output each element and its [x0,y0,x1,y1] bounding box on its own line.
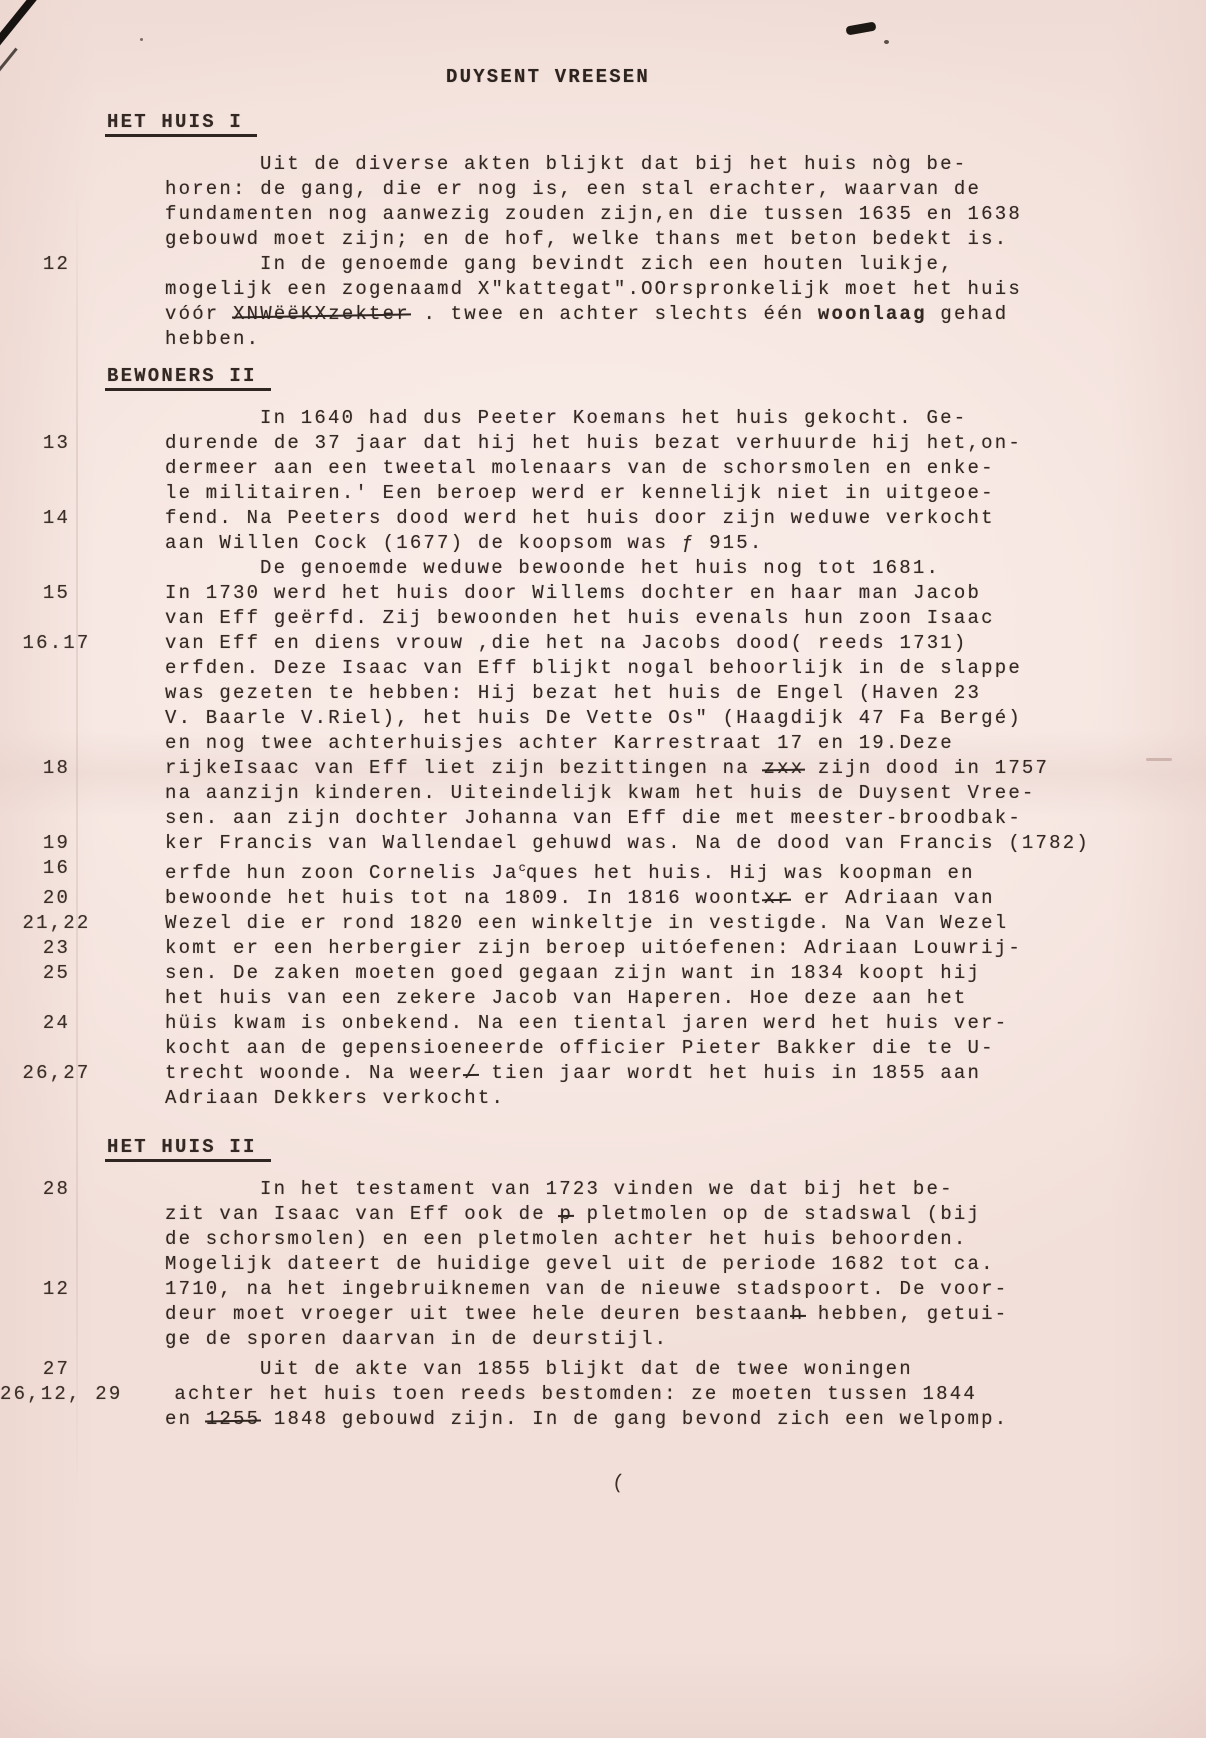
text-line-row: In 1640 had dus Peeter Koemans het huis … [0,406,1206,431]
text-line-row: 23komt er een herbergier zijn beroep uit… [0,936,1206,961]
text-line-row: 20bewoonde het huis tot na 1809. In 1816… [0,886,1206,911]
margin-number: 27 [0,1357,165,1382]
text-segment-bold: woonlaag [818,303,927,325]
margin-number: 24 [0,1011,165,1036]
text-line: kocht aan de gepensioeneerde officier Pi… [165,1036,995,1061]
text-segment: was gezeten te hebben: Hij bezat het hui… [165,682,981,704]
text-line-row: horen: de gang, die er nog is, een stal … [0,177,1206,202]
text-line-row: 27Uit de akte van 1855 blijkt dat de twe… [0,1357,1206,1382]
text-segment: Mogelijk dateert de huidige gevel uit de… [165,1253,995,1275]
text-line-row: was gezeten te hebben: Hij bezat het hui… [0,681,1206,706]
text-line: De genoemde weduwe bewoonde het huis nog… [165,556,940,581]
section-heading-row: HET HUIS II [0,1135,1206,1177]
text-line: achter het huis toen reeds bestomden: ze… [174,1382,977,1407]
text-segment-strike: 1255 [206,1408,260,1430]
text-line-row: 26,27trecht woonde. Na weer/ tien jaar w… [0,1061,1206,1086]
text-line-row: 16.17van Eff en diens vrouw ,die het na … [0,631,1206,656]
text-line: komt er een herbergier zijn beroep uitóe… [165,936,1022,961]
text-line: durende de 37 jaar dat hij het huis beza… [165,431,1022,456]
margin-number: 16.17 [0,631,165,656]
text-segment: het huis van een zekere Jacob van Hapere… [165,987,968,1009]
text-line: sen. aan zijn dochter Johanna van Eff di… [165,806,1022,831]
text-line-row: aan Willen Cock (1677) de koopsom was ƒ … [0,531,1206,556]
text-segment: dermeer aan een tweetal molenaars van de… [165,457,995,479]
text-line: aan Willen Cock (1677) de koopsom was ƒ … [165,531,763,556]
margin-number: 26,27 [0,1061,165,1086]
text-segment: fundamenten nog aanwezig zouden zijn,en … [165,203,1022,225]
section-heading-row: HET HUIS I [0,110,1206,152]
margin-number: 13 [0,431,165,456]
text-line: zit van Isaac van Eff ook de p pletmolen… [165,1202,981,1227]
text-segment: en [165,1408,206,1430]
section-heading: HET HUIS II [105,1136,271,1162]
text-line: mogelijk een zogenaamd X"kattegat".OOrsp… [165,277,1022,302]
text-segment: durende de 37 jaar dat hij het huis beza… [165,432,1022,454]
text-segment: 1848 gebouwd zijn. In de gang bevond zic… [260,1408,1008,1430]
text-line: deur moet vroeger uit twee hele deuren b… [165,1302,1008,1327]
text-line-row: 21,22Wezel die er rond 1820 een winkeltj… [0,911,1206,936]
text-segment: horen: de gang, die er nog is, een stal … [165,178,981,200]
section-heading-line: HET HUIS II [165,1135,271,1162]
text-line-row: fundamenten nog aanwezig zouden zijn,en … [0,202,1206,227]
text-line: In 1730 werd het huis door Willems docht… [165,581,981,606]
text-line-row: na aanzijn kinderen. Uiteindelijk kwam h… [0,781,1206,806]
text-segment: sen. De zaken moeten goed gegaan zijn wa… [165,962,981,984]
text-line: was gezeten te hebben: Hij bezat het hui… [165,681,981,706]
text-line: van Eff geërfd. Zij bewoonden het huis e… [165,606,995,631]
text-segment: 1710, na het ingebruiknemen van de nieuw… [165,1278,1008,1300]
margin-number: 25 [0,961,165,986]
text-line: V. Baarle V.Riel), het huis De Vette Os"… [165,706,1022,731]
text-segment-strike: h [791,1303,805,1325]
ink-dot-top-right [884,40,889,44]
margin-number: 16 [0,856,165,881]
text-line: de schorsmolen) en een pletmolen achter … [165,1227,968,1252]
text-segment: na aanzijn kinderen. Uiteindelijk kwam h… [165,782,1036,804]
text-segment-sup: c [519,861,526,875]
text-segment: le militairen.' Een beroep werd er kenne… [165,482,995,504]
section-heading: BEWONERS II [105,365,271,391]
text-line-row: 24hüis kwam is onbekend. Na een tiental … [0,1011,1206,1036]
text-segment: ques het huis. Hij was koopman en [526,862,975,884]
text-segment: mogelijk een zogenaamd X"kattegat".OOrsp… [165,278,1022,300]
text-line: erfde hun zoon Cornelis Jacques het huis… [165,856,975,886]
text-line: Uit de diverse akten blijkt dat bij het … [165,152,967,177]
text-line: ker Francis van Wallendael gehuwd was. N… [165,831,1090,856]
text-line-row: 12In de genoemde gang bevindt zich een h… [0,252,1206,277]
text-segment: ker Francis van Wallendael gehuwd was. N… [165,832,1090,854]
text-line-row: dermeer aan een tweetal molenaars van de… [0,456,1206,481]
text-line-row: 13durende de 37 jaar dat hij het huis be… [0,431,1206,456]
ink-smudge-top-right [845,21,876,35]
text-segment: Wezel die er rond 1820 een winkeltje in … [165,912,1008,934]
text-segment-strike: XNWëëKXzekter [233,303,410,325]
text-line: het huis van een zekere Jacob van Hapere… [165,986,968,1011]
margin-number: 18 [0,756,165,781]
text-line-row: Uit de diverse akten blijkt dat bij het … [0,152,1206,177]
scanned-document-page: DUYSENT VREESEN HET HUIS IUit de diverse… [0,0,1206,1738]
text-line-row: Adriaan Dekkers verkocht. [0,1086,1206,1111]
text-segment: gebouwd moet zijn; en de hof, welke than… [165,228,1008,250]
text-segment: de schorsmolen) en een pletmolen achter … [165,1228,968,1250]
text-line-row: 16erfde hun zoon Cornelis Jacques het hu… [0,856,1206,886]
text-line: en nog twee achterhuisjes achter Karrest… [165,731,954,756]
margin-number: 12 [0,1277,165,1302]
text-segment-strike: p [559,1203,573,1225]
text-line-row: 19ker Francis van Wallendael gehuwd was.… [0,831,1206,856]
text-segment: fend. Na Peeters dood werd het huis door… [165,507,995,529]
text-segment: achter het huis toen reeds bestomden: ze… [174,1383,977,1405]
text-segment: gehad [927,303,1009,325]
margin-number: 19 [0,831,165,856]
text-line-row: gebouwd moet zijn; en de hof, welke than… [0,227,1206,252]
text-line: Adriaan Dekkers verkocht. [165,1086,505,1111]
text-line-row: hebben. [0,327,1206,352]
text-line: ge de sporen daarvan in de deurstijl. [165,1327,668,1352]
text-segment: aan Willen Cock (1677) de koopsom was ƒ … [165,532,763,554]
text-segment: tien jaar wordt het huis in 1855 aan [478,1062,981,1084]
text-line-row: van Eff geërfd. Zij bewoonden het huis e… [0,606,1206,631]
text-segment: trecht woonde. Na weer [165,1062,464,1084]
text-line: dermeer aan een tweetal molenaars van de… [165,456,995,481]
text-segment: In de genoemde gang bevindt zich een hou… [260,253,954,275]
text-line: sen. De zaken moeten goed gegaan zijn wa… [165,961,981,986]
text-segment: erfden. Deze Isaac van Eff blijkt nogal … [165,657,1022,679]
margin-number: 20 [0,886,165,911]
text-line: le militairen.' Een beroep werd er kenne… [165,481,995,506]
document-body: HET HUIS IUit de diverse akten blijkt da… [0,108,1206,1432]
text-segment: In 1640 had dus Peeter Koemans het huis … [260,407,967,429]
spacer [0,1111,1206,1133]
text-line: fundamenten nog aanwezig zouden zijn,en … [165,202,1022,227]
text-segment: hebben, getui- [804,1303,1008,1325]
text-segment: Adriaan Dekkers verkocht. [165,1087,505,1109]
text-segment: In het testament van 1723 vinden we dat … [260,1178,954,1200]
text-segment: De genoemde weduwe bewoonde het huis nog… [260,557,940,579]
text-line-row: 14fend. Na Peeters dood werd het huis do… [0,506,1206,531]
text-segment: Uit de akte van 1855 blijkt dat de twee … [260,1358,913,1380]
text-segment: er Adriaan van [791,887,995,909]
text-line-row: vóór XNWëëKXzekter . twee en achter slec… [0,302,1206,327]
text-line-row: 121710, na het ingebruiknemen van de nie… [0,1277,1206,1302]
text-segment: hüis kwam is onbekend. Na een tiental ja… [165,1012,1008,1034]
text-line: na aanzijn kinderen. Uiteindelijk kwam h… [165,781,1036,806]
text-segment-strike: / [464,1062,478,1084]
text-line: trecht woonde. Na weer/ tien jaar wordt … [165,1061,981,1086]
section-heading-line: HET HUIS I [165,110,257,137]
text-line: erfden. Deze Isaac van Eff blijkt nogal … [165,656,1022,681]
text-line-row: 25sen. De zaken moeten goed gegaan zijn … [0,961,1206,986]
text-line-row: sen. aan zijn dochter Johanna van Eff di… [0,806,1206,831]
text-line: hüis kwam is onbekend. Na een tiental ja… [165,1011,1008,1036]
text-line: In de genoemde gang bevindt zich een hou… [165,252,954,277]
text-line-row: De genoemde weduwe bewoonde het huis nog… [0,556,1206,581]
text-segment: V. Baarle V.Riel), het huis De Vette Os"… [165,707,1022,729]
text-segment: zit van Isaac van Eff ook de [165,1203,559,1225]
text-segment: en nog twee achterhuisjes achter Karrest… [165,732,954,754]
stray-pen-mark: ( [611,1471,625,1495]
text-segment-strike: xr [763,887,790,909]
text-line: gebouwd moet zijn; en de hof, welke than… [165,227,1008,252]
text-line-row: 18rijkeIsaac van Eff liet zijn bezitting… [0,756,1206,781]
text-line: In 1640 had dus Peeter Koemans het huis … [165,406,967,431]
margin-number: 23 [0,936,165,961]
text-line-row: zit van Isaac van Eff ook de p pletmolen… [0,1202,1206,1227]
text-line: Mogelijk dateert de huidige gevel uit de… [165,1252,995,1277]
text-line-row: en nog twee achterhuisjes achter Karrest… [0,731,1206,756]
text-line: hebben. [165,327,260,352]
text-line: en 1255 1848 gebouwd zijn. In de gang be… [165,1407,1008,1432]
text-line-row: deur moet vroeger uit twee hele deuren b… [0,1302,1206,1327]
margin-number: 26,12, 29 [0,1382,174,1407]
text-line-row: V. Baarle V.Riel), het huis De Vette Os"… [0,706,1206,731]
margin-number: 21,22 [0,911,165,936]
text-segment: deur moet vroeger uit twee hele deuren b… [165,1303,791,1325]
text-line: rijkeIsaac van Eff liet zijn bezittingen… [165,756,1049,781]
text-line: bewoonde het huis tot na 1809. In 1816 w… [165,886,995,911]
text-line-row: le militairen.' Een beroep werd er kenne… [0,481,1206,506]
text-line-row: en 1255 1848 gebouwd zijn. In de gang be… [0,1407,1206,1432]
text-line-row: ge de sporen daarvan in de deurstijl. [0,1327,1206,1352]
text-line-row: 28In het testament van 1723 vinden we da… [0,1177,1206,1202]
text-line: horen: de gang, die er nog is, een stal … [165,177,981,202]
text-segment: erfde hun zoon Cornelis Ja [165,862,519,884]
text-segment: vóór [165,303,233,325]
text-segment: van Eff geërfd. Zij bewoonden het huis e… [165,607,995,629]
text-line: vóór XNWëëKXzekter . twee en achter slec… [165,302,1008,327]
text-segment: ge de sporen daarvan in de deurstijl. [165,1328,668,1350]
text-segment: sen. aan zijn dochter Johanna van Eff di… [165,807,1022,829]
paper-speck [140,38,143,41]
text-segment-strike: zxx [763,757,804,779]
section-heading: HET HUIS I [105,111,257,137]
text-segment: kocht aan de gepensioeneerde officier Pi… [165,1037,995,1059]
margin-number: 12 [0,252,165,277]
text-segment: pletmolen op de stadswal (bij [573,1203,981,1225]
photocopy-corner-mark [0,0,53,55]
page-title: DUYSENT VREESEN [0,66,1096,88]
text-line-row: de schorsmolen) en een pletmolen achter … [0,1227,1206,1252]
text-line-row: mogelijk een zogenaamd X"kattegat".OOrsp… [0,277,1206,302]
text-segment: rijkeIsaac van Eff liet zijn bezittingen… [165,757,763,779]
margin-number: 15 [0,581,165,606]
text-segment: In 1730 werd het huis door Willems docht… [165,582,981,604]
text-line-row: 15In 1730 werd het huis door Willems doc… [0,581,1206,606]
text-segment: bewoonde het huis tot na 1809. In 1816 w… [165,887,763,909]
spacer [0,352,1206,362]
text-line-row: 26,12, 29achter het huis toen reeds best… [0,1382,1206,1407]
text-line-row: het huis van een zekere Jacob van Hapere… [0,986,1206,1011]
text-line-row: erfden. Deze Isaac van Eff blijkt nogal … [0,656,1206,681]
text-line: Wezel die er rond 1820 een winkeltje in … [165,911,1008,936]
text-line: In het testament van 1723 vinden we dat … [165,1177,954,1202]
text-segment: . twee en achter slechts één [410,303,818,325]
text-segment: hebben. [165,328,260,350]
text-line-row: kocht aan de gepensioeneerde officier Pi… [0,1036,1206,1061]
margin-number: 28 [0,1177,165,1202]
text-line: van Eff en diens vrouw ,die het na Jacob… [165,631,968,656]
text-line: Uit de akte van 1855 blijkt dat de twee … [165,1357,913,1382]
text-segment: van Eff en diens vrouw ,die het na Jacob… [165,632,968,654]
text-segment: komt er een herbergier zijn beroep uitóe… [165,937,1022,959]
text-line: 1710, na het ingebruiknemen van de nieuw… [165,1277,1008,1302]
section-heading-line: BEWONERS II [165,364,271,391]
text-line-row: Mogelijk dateert de huidige gevel uit de… [0,1252,1206,1277]
section-heading-row: BEWONERS II [0,364,1206,406]
text-segment: zijn dood in 1757 [804,757,1049,779]
text-line: fend. Na Peeters dood werd het huis door… [165,506,995,531]
margin-number: 14 [0,506,165,531]
text-segment: Uit de diverse akten blijkt dat bij het … [260,153,967,175]
